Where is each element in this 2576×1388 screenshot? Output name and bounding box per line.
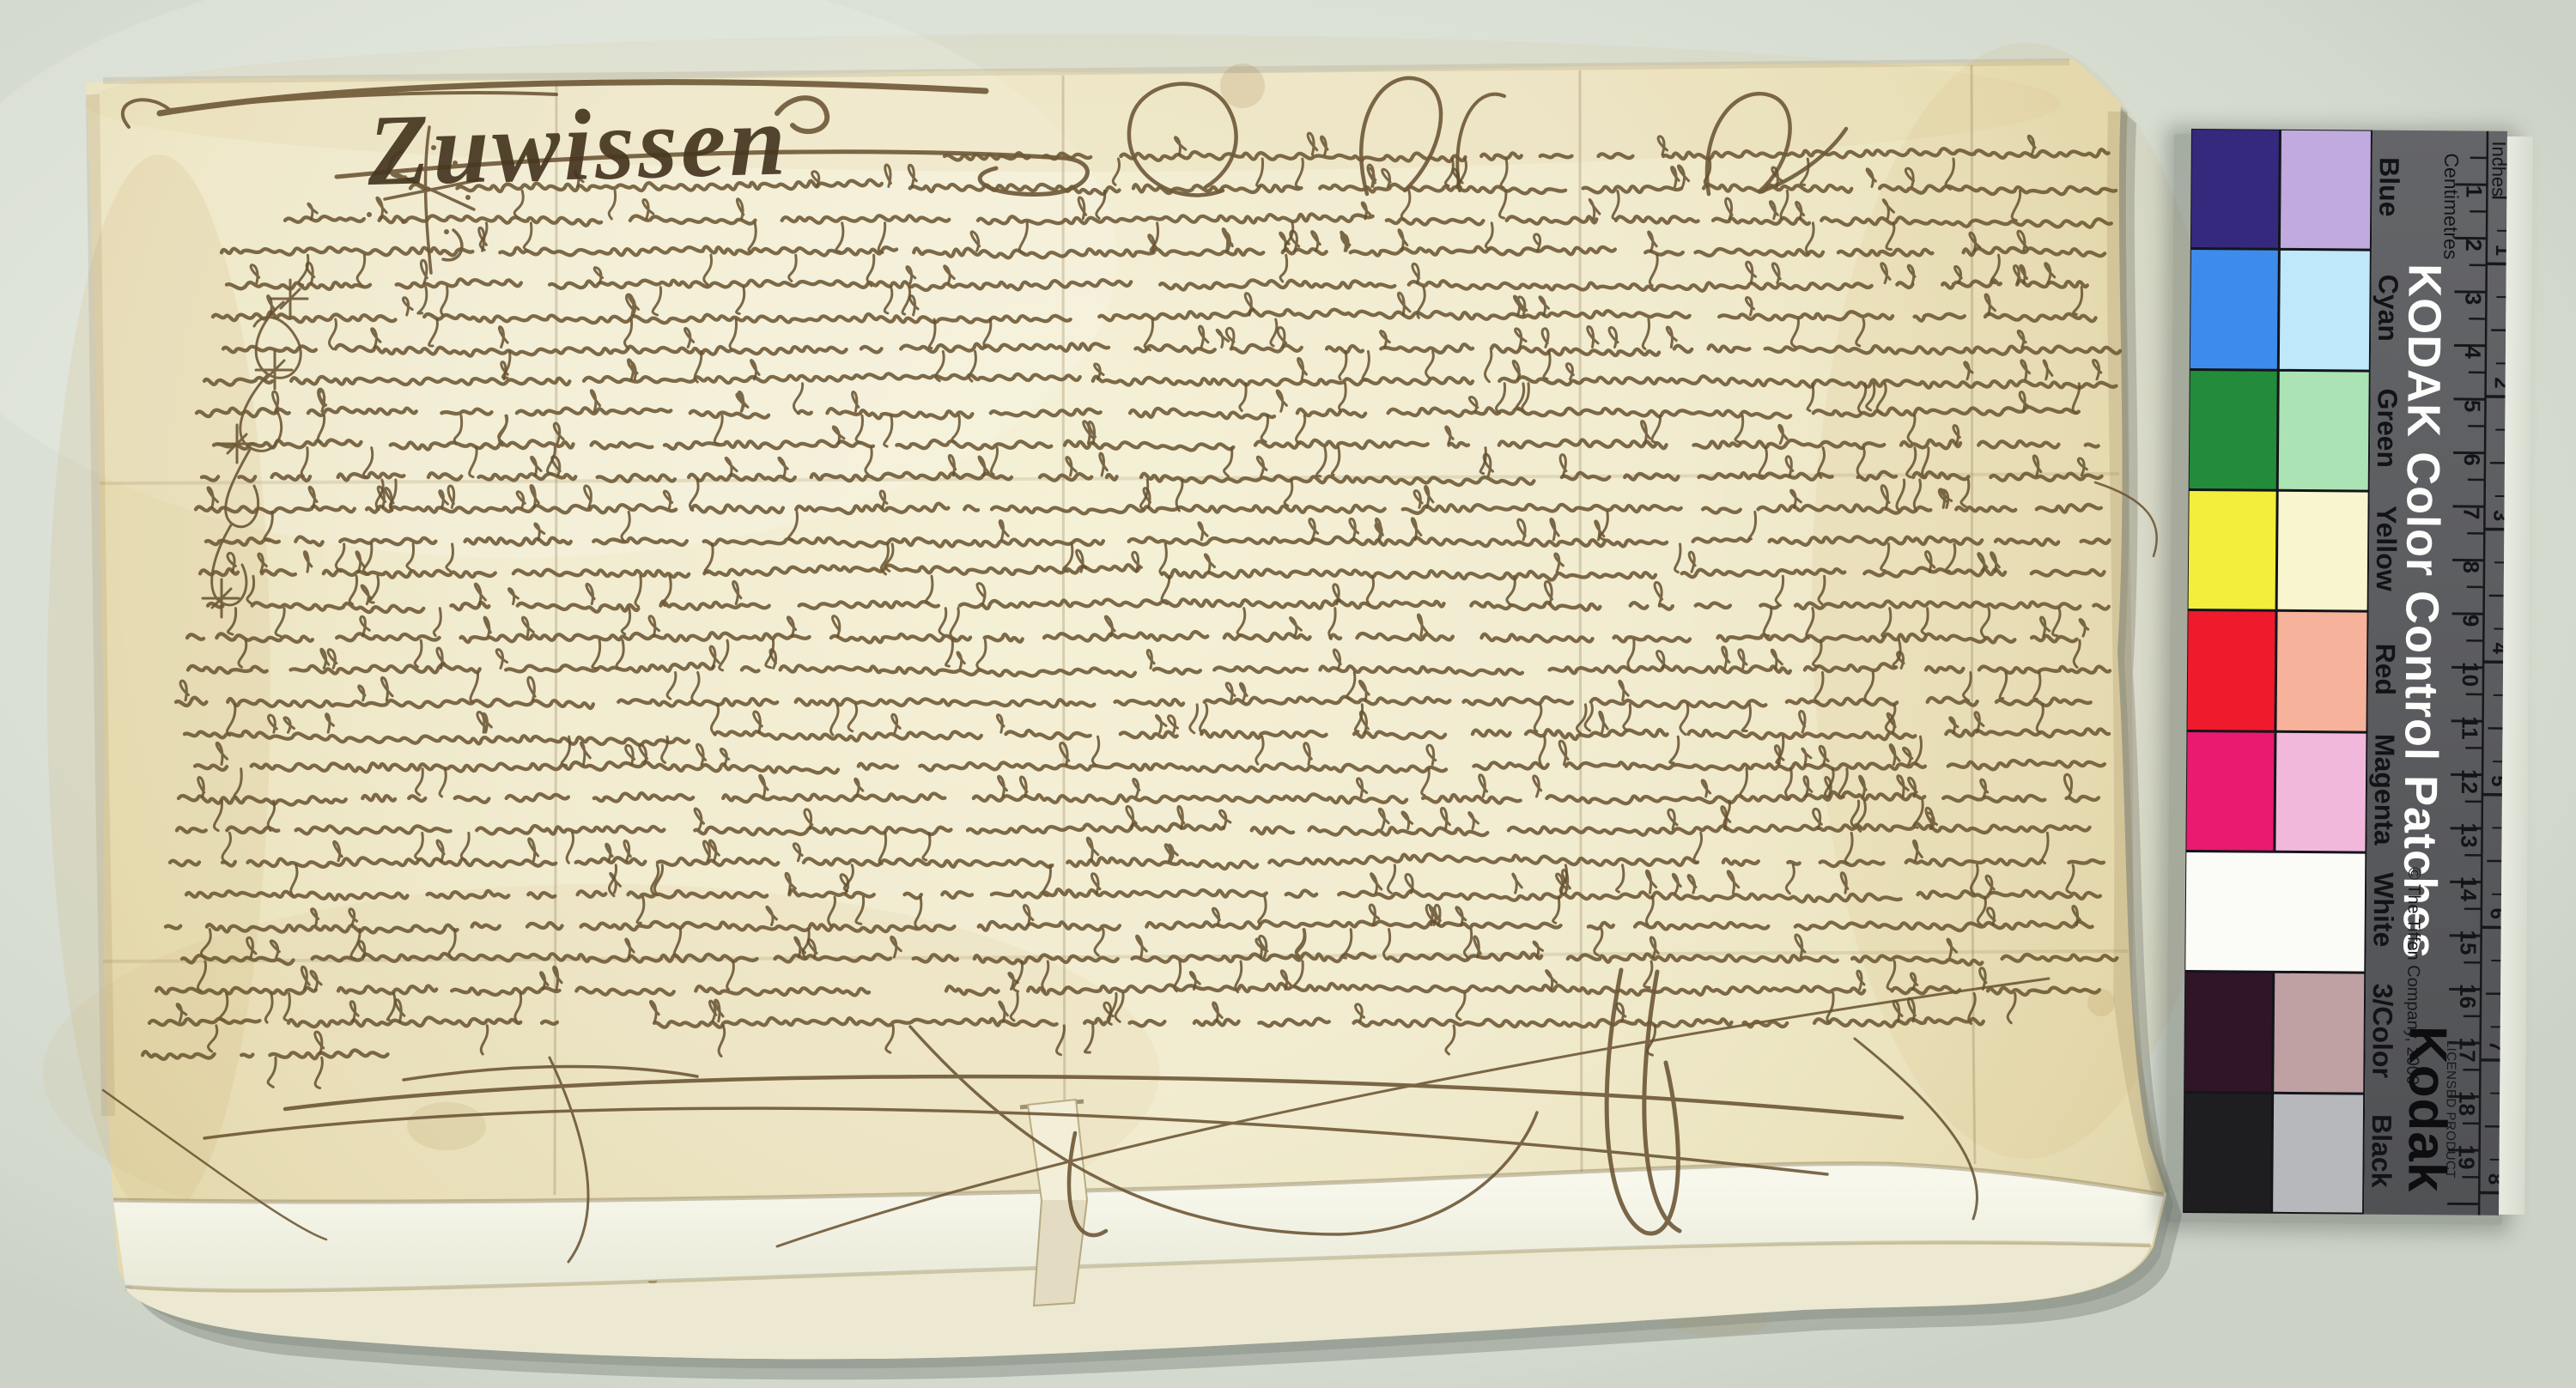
patch-cyan-strong — [2190, 250, 2278, 368]
svg-text:4: 4 — [2460, 346, 2486, 359]
patch-magenta-tint — [2275, 732, 2366, 851]
patch-yellow-strong — [2189, 491, 2276, 609]
svg-text:1: 1 — [2491, 245, 2507, 257]
patch-blue-tint — [2281, 130, 2371, 249]
patch-row-blue — [2190, 129, 2372, 251]
svg-text:2: 2 — [2461, 239, 2487, 252]
patch-row-green — [2189, 370, 2371, 492]
patch-label-green: Green — [2373, 388, 2402, 468]
photo-stage: Zuwissen KODAK Color Control Patches © T… — [0, 0, 2576, 1388]
parchment-sheet — [0, 0, 2241, 1359]
patch-label-blue: Blue — [2375, 157, 2403, 217]
patch-cyan-tint — [2280, 251, 2370, 369]
svg-text:12: 12 — [2457, 769, 2482, 794]
patch-row-magenta — [2185, 731, 2367, 853]
svg-text:6: 6 — [2459, 453, 2485, 466]
patch-white — [2185, 852, 2365, 972]
patch-label-3/color: 3/Color — [2368, 983, 2397, 1077]
svg-text:10: 10 — [2458, 662, 2483, 687]
patch-label-black: Black — [2367, 1114, 2396, 1188]
svg-text:5: 5 — [2459, 400, 2485, 413]
svg-text:17: 17 — [2454, 1037, 2480, 1062]
svg-text:19: 19 — [2453, 1144, 2479, 1169]
patch-row-red — [2186, 610, 2368, 732]
patch-label-yellow: Yellow — [2372, 506, 2401, 591]
svg-text:13: 13 — [2456, 822, 2482, 847]
incipit-word: Zuwissen — [365, 83, 790, 207]
patch-label-white: White — [2370, 872, 2398, 947]
color-chart: KODAK Color Control Patches © The Tiffen… — [2183, 129, 2538, 1215]
patch-row-3/color — [2184, 972, 2366, 1094]
patch-red-strong — [2188, 611, 2275, 730]
svg-text:7: 7 — [2458, 507, 2484, 520]
svg-text:3: 3 — [2460, 293, 2486, 306]
patch-red-tint — [2277, 612, 2367, 730]
patch-blue-strong — [2191, 130, 2279, 248]
patch-black-tint — [2273, 1094, 2363, 1212]
patch-yellow-tint — [2278, 492, 2368, 610]
patch-row-yellow — [2188, 490, 2370, 612]
svg-text:1: 1 — [2461, 185, 2487, 198]
patch-green-strong — [2190, 371, 2277, 489]
patch-label-magenta: Magenta — [2370, 734, 2398, 846]
patch-label-cyan: Cyan — [2374, 274, 2403, 341]
color-patches — [2183, 129, 2372, 1215]
svg-text:8: 8 — [2458, 561, 2484, 573]
patch-3/color-strong — [2184, 973, 2272, 1091]
svg-text:15: 15 — [2455, 930, 2481, 955]
chart-gray-bar: KODAK Color Control Patches © The Tiffen… — [2364, 130, 2507, 1215]
svg-text:14: 14 — [2456, 876, 2482, 902]
svg-text:9: 9 — [2458, 615, 2483, 627]
patch-row-cyan — [2190, 249, 2372, 371]
patch-magenta-strong — [2186, 732, 2274, 851]
svg-text:16: 16 — [2455, 984, 2481, 1009]
patch-row-black — [2183, 1093, 2365, 1215]
patch-label-red: Red — [2372, 643, 2399, 695]
svg-text:11: 11 — [2457, 716, 2482, 740]
patch-black-strong — [2184, 1094, 2271, 1212]
patch-green-tint — [2279, 371, 2369, 489]
svg-text:18: 18 — [2454, 1091, 2480, 1116]
patch-3/color-tint — [2274, 973, 2364, 1092]
patch-row-white — [2184, 852, 2366, 973]
